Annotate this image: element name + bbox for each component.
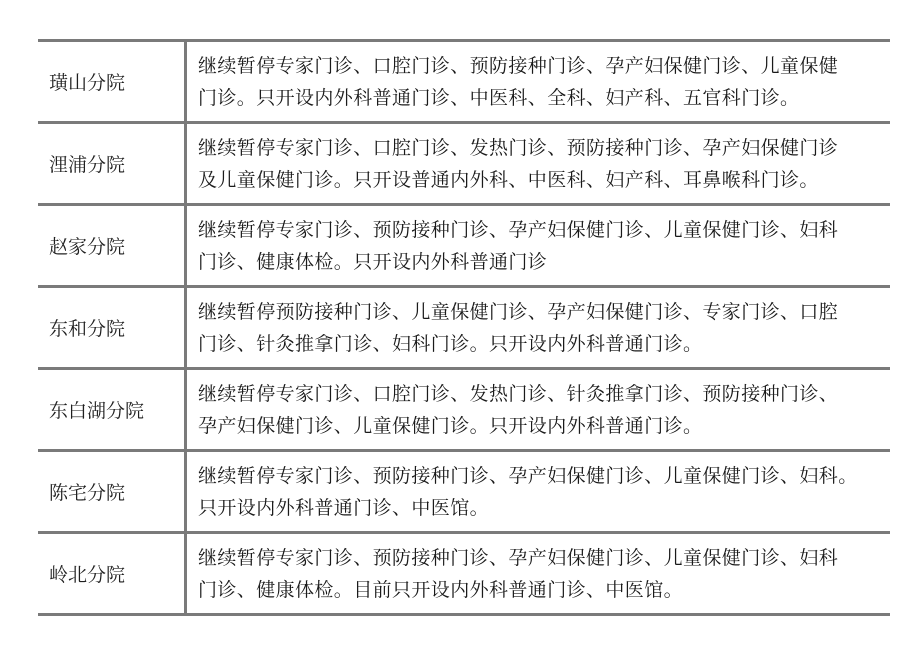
table-row: 岭北分院 继续暂停专家门诊、预防接种门诊、孕产妇保健门诊、儿童保健门诊、妇科 门… [38,533,890,615]
clinic-status-line: 继续暂停专家门诊、口腔门诊、预防接种门诊、孕产妇保健门诊、儿童保健 [198,50,884,82]
branch-name-cell: 陈宅分院 [38,451,186,533]
clinic-status-line: 继续暂停预防接种门诊、儿童保健门诊、孕产妇保健门诊、专家门诊、口腔 [198,296,884,328]
branch-clinic-table: 璜山分院 继续暂停专家门诊、口腔门诊、预防接种门诊、孕产妇保健门诊、儿童保健 门… [38,39,890,616]
branch-name-cell: 浬浦分院 [38,123,186,205]
clinic-status-line: 门诊、针灸推拿门诊、妇科门诊。只开设内外科普通门诊。 [198,328,884,360]
clinic-status-line: 继续暂停专家门诊、预防接种门诊、孕产妇保健门诊、儿童保健门诊、妇科 [198,542,884,574]
clinic-status-line: 继续暂停专家门诊、口腔门诊、发热门诊、针灸推拿门诊、预防接种门诊、 [198,378,884,410]
clinic-status-line: 门诊。只开设内外科普通门诊、中医科、全科、妇产科、五官科门诊。 [198,82,884,114]
clinic-status-cell: 继续暂停预防接种门诊、儿童保健门诊、孕产妇保健门诊、专家门诊、口腔 门诊、针灸推… [186,287,891,369]
clinic-status-line: 门诊、健康体检。目前只开设内外科普通门诊、中医馆。 [198,574,884,606]
clinic-status-line: 继续暂停专家门诊、口腔门诊、发热门诊、预防接种门诊、孕产妇保健门诊 [198,132,884,164]
clinic-status-cell: 继续暂停专家门诊、预防接种门诊、孕产妇保健门诊、儿童保健门诊、妇科 门诊、健康体… [186,205,891,287]
table-row: 东白湖分院 继续暂停专家门诊、口腔门诊、发热门诊、针灸推拿门诊、预防接种门诊、 … [38,369,890,451]
clinic-status-cell: 继续暂停专家门诊、预防接种门诊、孕产妇保健门诊、儿童保健门诊、妇科 门诊、健康体… [186,533,891,615]
clinic-status-cell: 继续暂停专家门诊、口腔门诊、发热门诊、预防接种门诊、孕产妇保健门诊 及儿童保健门… [186,123,891,205]
table-row: 璜山分院 继续暂停专家门诊、口腔门诊、预防接种门诊、孕产妇保健门诊、儿童保健 门… [38,41,890,123]
clinic-status-cell: 继续暂停专家门诊、口腔门诊、预防接种门诊、孕产妇保健门诊、儿童保健 门诊。只开设… [186,41,891,123]
clinic-status-line: 孕产妇保健门诊、儿童保健门诊。只开设内外科普通门诊。 [198,410,884,442]
table-row: 陈宅分院 继续暂停专家门诊、预防接种门诊、孕产妇保健门诊、儿童保健门诊、妇科。 … [38,451,890,533]
branch-clinic-table-container: 璜山分院 继续暂停专家门诊、口腔门诊、预防接种门诊、孕产妇保健门诊、儿童保健 门… [38,39,890,616]
branch-name-cell: 东和分院 [38,287,186,369]
branch-name-cell: 岭北分院 [38,533,186,615]
clinic-status-cell: 继续暂停专家门诊、预防接种门诊、孕产妇保健门诊、儿童保健门诊、妇科。 只开设内外… [186,451,891,533]
table-row: 浬浦分院 继续暂停专家门诊、口腔门诊、发热门诊、预防接种门诊、孕产妇保健门诊 及… [38,123,890,205]
table-row: 东和分院 继续暂停预防接种门诊、儿童保健门诊、孕产妇保健门诊、专家门诊、口腔 门… [38,287,890,369]
branch-name-cell: 璜山分院 [38,41,186,123]
clinic-status-line: 门诊、健康体检。只开设内外科普通门诊 [198,246,884,278]
clinic-status-cell: 继续暂停专家门诊、口腔门诊、发热门诊、针灸推拿门诊、预防接种门诊、 孕产妇保健门… [186,369,891,451]
branch-name-cell: 东白湖分院 [38,369,186,451]
clinic-status-line: 只开设内外科普通门诊、中医馆。 [198,492,884,524]
clinic-status-line: 继续暂停专家门诊、预防接种门诊、孕产妇保健门诊、儿童保健门诊、妇科 [198,214,884,246]
clinic-status-line: 及儿童保健门诊。只开设普通内外科、中医科、妇产科、耳鼻喉科门诊。 [198,164,884,196]
clinic-status-line: 继续暂停专家门诊、预防接种门诊、孕产妇保健门诊、儿童保健门诊、妇科。 [198,460,884,492]
table-row: 赵家分院 继续暂停专家门诊、预防接种门诊、孕产妇保健门诊、儿童保健门诊、妇科 门… [38,205,890,287]
branch-name-cell: 赵家分院 [38,205,186,287]
